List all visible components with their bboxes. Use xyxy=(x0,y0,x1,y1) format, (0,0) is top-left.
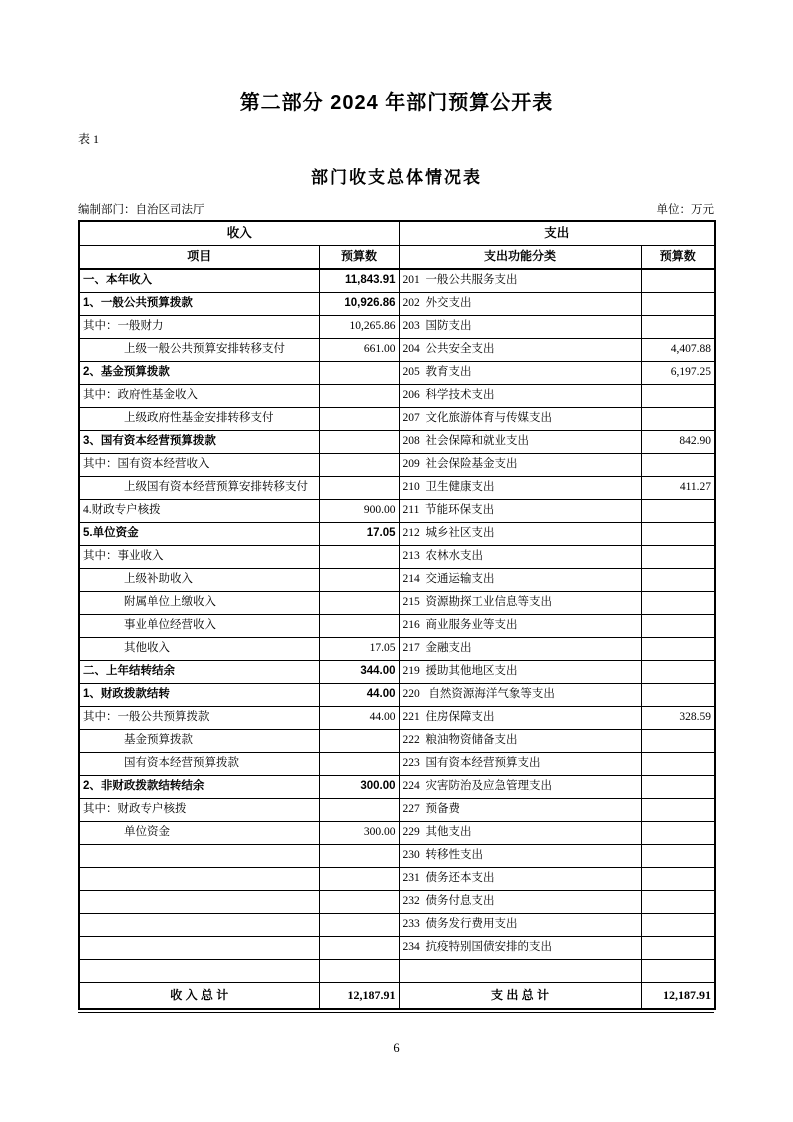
expense-budget-cell xyxy=(641,822,715,845)
income-budget-cell xyxy=(319,914,399,937)
expense-budget-cell: 328.59 xyxy=(641,707,715,730)
expense-budget-cell xyxy=(641,684,715,707)
page-number: 6 xyxy=(0,1041,793,1056)
income-item-cell xyxy=(79,914,319,937)
expense-item-cell: 230 转移性支出 xyxy=(399,845,641,868)
expense-item-cell xyxy=(399,960,641,983)
expense-item-cell: 220 自然资源海洋气象等支出 xyxy=(399,684,641,707)
income-budget-cell xyxy=(319,937,399,960)
income-budget-cell xyxy=(319,891,399,914)
income-item-cell: 上级国有资本经营预算安排转移支付 xyxy=(79,477,319,500)
expense-item-cell: 221 住房保障支出 xyxy=(399,707,641,730)
income-budget-cell: 344.00 xyxy=(319,661,399,684)
table-row: 其中：一般财力10,265.86203 国防支出 xyxy=(79,316,715,339)
table-row: 其中：政府性基金收入206 科学技术支出 xyxy=(79,385,715,408)
income-budget-cell xyxy=(319,730,399,753)
table-row: 上级补助收入214 交通运输支出 xyxy=(79,569,715,592)
expense-budget-cell: 411.27 xyxy=(641,477,715,500)
expense-item-cell: 222 粮油物资储备支出 xyxy=(399,730,641,753)
expense-budget-cell xyxy=(641,269,715,293)
income-item-cell xyxy=(79,960,319,983)
expense-item-cell: 211 节能环保支出 xyxy=(399,500,641,523)
budget-table: 收入 支出 项目 预算数 支出功能分类 预算数 一、本年收入11,843.912… xyxy=(78,220,716,1010)
income-item-cell: 5.单位资金 xyxy=(79,523,319,546)
income-item-cell: 其他收入 xyxy=(79,638,319,661)
table-row: 单位资金300.00229 其他支出 xyxy=(79,822,715,845)
table-row: 国有资本经营预算拨款223 国有资本经营预算支出 xyxy=(79,753,715,776)
table-row: 其中：一般公共预算拨款44.00221 住房保障支出328.59 xyxy=(79,707,715,730)
income-budget-cell xyxy=(319,431,399,454)
table-row: 2、非财政拨款结转结余300.00224 灾害防治及应急管理支出 xyxy=(79,776,715,799)
income-budget-cell xyxy=(319,454,399,477)
expense-budget-cell xyxy=(641,454,715,477)
income-budget-cell: 300.00 xyxy=(319,822,399,845)
income-item-cell: 事业单位经营收入 xyxy=(79,615,319,638)
expense-item-cell: 202 外交支出 xyxy=(399,293,641,316)
table-row: 230 转移性支出 xyxy=(79,845,715,868)
table-row: 231 债务还本支出 xyxy=(79,868,715,891)
expense-budget-cell xyxy=(641,385,715,408)
income-budget-cell xyxy=(319,477,399,500)
table-row: 4.财政专户核拨900.00211 节能环保支出 xyxy=(79,500,715,523)
expense-item-cell: 214 交通运输支出 xyxy=(399,569,641,592)
table-row: 一、本年收入11,843.91201 一般公共服务支出 xyxy=(79,269,715,293)
expense-item-cell: 210 卫生健康支出 xyxy=(399,477,641,500)
income-item-cell: 其中：政府性基金收入 xyxy=(79,385,319,408)
income-budget-column-header: 预算数 xyxy=(319,246,399,270)
table-row: 基金预算拨款222 粮油物资储备支出 xyxy=(79,730,715,753)
income-budget-cell xyxy=(319,592,399,615)
expense-item-cell: 233 债务发行费用支出 xyxy=(399,914,641,937)
document-title: 第二部分 2024 年部门预算公开表 xyxy=(0,0,793,115)
expense-budget-cell xyxy=(641,615,715,638)
expense-budget-cell xyxy=(641,914,715,937)
expense-budget-cell xyxy=(641,868,715,891)
expense-item-cell: 216 商业服务业等支出 xyxy=(399,615,641,638)
expense-item-cell: 203 国防支出 xyxy=(399,316,641,339)
income-budget-cell: 10,926.86 xyxy=(319,293,399,316)
expense-total-label: 支 出 总 计 xyxy=(399,983,641,1010)
income-budget-cell: 11,843.91 xyxy=(319,269,399,293)
expense-budget-cell xyxy=(641,408,715,431)
expense-item-cell: 207 文化旅游体育与传媒支出 xyxy=(399,408,641,431)
expense-item-cell: 212 城乡社区支出 xyxy=(399,523,641,546)
table-row: 附属单位上缴收入215 资源勘探工业信息等支出 xyxy=(79,592,715,615)
expense-budget-cell xyxy=(641,937,715,960)
income-item-cell: 2、基金预算拨款 xyxy=(79,362,319,385)
expense-item-cell: 209 社会保险基金支出 xyxy=(399,454,641,477)
income-item-cell: 2、非财政拨款结转结余 xyxy=(79,776,319,799)
income-item-cell: 一、本年收入 xyxy=(79,269,319,293)
expense-item-cell: 232 债务付息支出 xyxy=(399,891,641,914)
income-item-cell: 上级补助收入 xyxy=(79,569,319,592)
income-item-cell: 其中：一般财力 xyxy=(79,316,319,339)
income-budget-cell: 661.00 xyxy=(319,339,399,362)
expense-budget-cell xyxy=(641,753,715,776)
income-item-cell xyxy=(79,845,319,868)
income-budget-cell xyxy=(319,799,399,822)
income-item-cell: 1、一般公共预算拨款 xyxy=(79,293,319,316)
expense-total-value: 12,187.91 xyxy=(641,983,715,1010)
expense-item-cell: 227 预备费 xyxy=(399,799,641,822)
expense-item-cell: 206 科学技术支出 xyxy=(399,385,641,408)
expense-budget-cell xyxy=(641,638,715,661)
table-row xyxy=(79,960,715,983)
income-item-cell xyxy=(79,868,319,891)
table-title: 部门收支总体情况表 xyxy=(0,163,793,188)
expense-item-cell: 234 抗疫特别国债安排的支出 xyxy=(399,937,641,960)
income-budget-cell xyxy=(319,868,399,891)
expense-item-cell: 201 一般公共服务支出 xyxy=(399,269,641,293)
income-item-cell: 1、财政拨款结转 xyxy=(79,684,319,707)
income-budget-cell xyxy=(319,615,399,638)
expense-item-cell: 217 金融支出 xyxy=(399,638,641,661)
table-label: 表 1 xyxy=(78,130,793,147)
income-budget-cell xyxy=(319,408,399,431)
expense-budget-cell xyxy=(641,776,715,799)
expense-budget-cell: 4,407.88 xyxy=(641,339,715,362)
expense-budget-cell xyxy=(641,546,715,569)
column-header-row: 项目 预算数 支出功能分类 预算数 xyxy=(79,246,715,270)
income-item-cell: 单位资金 xyxy=(79,822,319,845)
table-row: 233 债务发行费用支出 xyxy=(79,914,715,937)
income-item-cell: 上级一般公共预算安排转移支付 xyxy=(79,339,319,362)
expense-budget-cell: 6,197.25 xyxy=(641,362,715,385)
income-item-cell: 二、上年结转结余 xyxy=(79,661,319,684)
income-budget-cell: 44.00 xyxy=(319,684,399,707)
table-rows: 一、本年收入11,843.91201 一般公共服务支出1、一般公共预算拨款10,… xyxy=(79,269,715,983)
expense-item-cell: 229 其他支出 xyxy=(399,822,641,845)
expense-group-header: 支出 xyxy=(399,221,715,246)
expense-budget-cell xyxy=(641,661,715,684)
expense-budget-cell xyxy=(641,316,715,339)
table-row: 2、基金预算拨款205 教育支出6,197.25 xyxy=(79,362,715,385)
table-row: 二、上年结转结余344.00219 援助其他地区支出 xyxy=(79,661,715,684)
income-item-cell: 其中：国有资本经营收入 xyxy=(79,454,319,477)
income-budget-cell xyxy=(319,546,399,569)
expense-item-cell: 223 国有资本经营预算支出 xyxy=(399,753,641,776)
table-row: 3、国有资本经营预算拨款208 社会保障和就业支出842.90 xyxy=(79,431,715,454)
prepared-by-label: 编制部门：自治区司法厅 xyxy=(78,201,205,217)
expense-budget-cell: 842.90 xyxy=(641,431,715,454)
expense-class-column-header: 支出功能分类 xyxy=(399,246,641,270)
expense-budget-cell xyxy=(641,569,715,592)
item-column-header: 项目 xyxy=(79,246,319,270)
expense-item-cell: 205 教育支出 xyxy=(399,362,641,385)
expense-budget-cell xyxy=(641,523,715,546)
income-budget-cell xyxy=(319,845,399,868)
table-meta-row: 编制部门：自治区司法厅 单位：万元 xyxy=(78,201,714,217)
table-row: 其中：财政专户核拨227 预备费 xyxy=(79,799,715,822)
table-row: 232 债务付息支出 xyxy=(79,891,715,914)
expense-item-cell: 208 社会保障和就业支出 xyxy=(399,431,641,454)
income-budget-cell: 44.00 xyxy=(319,707,399,730)
total-row: 收 入 总 计 12,187.91 支 出 总 计 12,187.91 xyxy=(79,983,715,1010)
income-budget-cell: 17.05 xyxy=(319,638,399,661)
table-row: 上级一般公共预算安排转移支付661.00204 公共安全支出4,407.88 xyxy=(79,339,715,362)
expense-budget-cell xyxy=(641,500,715,523)
expense-budget-cell xyxy=(641,730,715,753)
table-row: 上级国有资本经营预算安排转移支付210 卫生健康支出411.27 xyxy=(79,477,715,500)
income-item-cell: 3、国有资本经营预算拨款 xyxy=(79,431,319,454)
table-row: 1、一般公共预算拨款10,926.86202 外交支出 xyxy=(79,293,715,316)
income-total-label: 收 入 总 计 xyxy=(79,983,319,1010)
income-item-cell: 上级政府性基金安排转移支付 xyxy=(79,408,319,431)
income-item-cell: 其中：事业收入 xyxy=(79,546,319,569)
income-item-cell: 其中：财政专户核拨 xyxy=(79,799,319,822)
income-budget-cell: 17.05 xyxy=(319,523,399,546)
expense-budget-cell xyxy=(641,592,715,615)
expense-budget-cell xyxy=(641,960,715,983)
table-row: 其中：事业收入213 农林水支出 xyxy=(79,546,715,569)
income-item-cell: 附属单位上缴收入 xyxy=(79,592,319,615)
table-row: 事业单位经营收入216 商业服务业等支出 xyxy=(79,615,715,638)
table-row: 1、财政拨款结转44.00220 自然资源海洋气象等支出 xyxy=(79,684,715,707)
income-budget-cell: 300.00 xyxy=(319,776,399,799)
income-budget-cell: 10,265.86 xyxy=(319,316,399,339)
income-budget-cell xyxy=(319,569,399,592)
expense-budget-column-header: 预算数 xyxy=(641,246,715,270)
expense-budget-cell xyxy=(641,845,715,868)
income-budget-cell: 900.00 xyxy=(319,500,399,523)
income-budget-cell xyxy=(319,385,399,408)
expense-item-cell: 224 灾害防治及应急管理支出 xyxy=(399,776,641,799)
income-group-header: 收入 xyxy=(79,221,399,246)
income-item-cell: 4.财政专户核拨 xyxy=(79,500,319,523)
income-budget-cell xyxy=(319,362,399,385)
expense-budget-cell xyxy=(641,293,715,316)
income-item-cell xyxy=(79,937,319,960)
table-row: 234 抗疫特别国债安排的支出 xyxy=(79,937,715,960)
expense-item-cell: 204 公共安全支出 xyxy=(399,339,641,362)
income-budget-cell xyxy=(319,753,399,776)
table-row: 其中：国有资本经营收入209 社会保险基金支出 xyxy=(79,454,715,477)
unit-label: 单位：万元 xyxy=(657,201,715,217)
income-item-cell: 其中：一般公共预算拨款 xyxy=(79,707,319,730)
expense-item-cell: 231 债务还本支出 xyxy=(399,868,641,891)
income-item-cell: 国有资本经营预算拨款 xyxy=(79,753,319,776)
income-item-cell: 基金预算拨款 xyxy=(79,730,319,753)
group-header-row: 收入 支出 xyxy=(79,221,715,246)
table-row: 其他收入17.05217 金融支出 xyxy=(79,638,715,661)
table-row: 上级政府性基金安排转移支付207 文化旅游体育与传媒支出 xyxy=(79,408,715,431)
expense-budget-cell xyxy=(641,799,715,822)
expense-budget-cell xyxy=(641,891,715,914)
expense-item-cell: 215 资源勘探工业信息等支出 xyxy=(399,592,641,615)
expense-item-cell: 213 农林水支出 xyxy=(399,546,641,569)
income-item-cell xyxy=(79,891,319,914)
expense-item-cell: 219 援助其他地区支出 xyxy=(399,661,641,684)
document-page: 第二部分 2024 年部门预算公开表 表 1 部门收支总体情况表 编制部门：自治… xyxy=(0,0,793,1122)
income-budget-cell xyxy=(319,960,399,983)
table-row: 5.单位资金17.05212 城乡社区支出 xyxy=(79,523,715,546)
table-bottom-rule xyxy=(78,1012,714,1013)
income-total-value: 12,187.91 xyxy=(319,983,399,1010)
